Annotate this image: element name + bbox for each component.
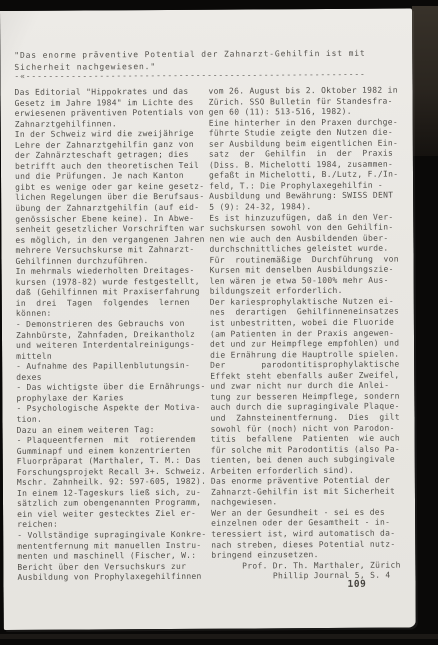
dashed-divider: -«--------------------------------------… — [14, 69, 365, 83]
page-number: 109 — [347, 579, 366, 590]
scan-backdrop: "Das enorme präventive Potential der Zah… — [0, 0, 438, 645]
right-text-column: vom 26. August bis 2. Oktober 1982 in Zü… — [208, 86, 409, 583]
left-text-column: Das Editorial "Hippokrates und das Geset… — [14, 87, 210, 584]
journal-page: "Das enorme präventive Potential der Zah… — [0, 8, 416, 630]
book-edge-shadow — [412, 6, 438, 156]
scanner-bed-streak — [0, 634, 438, 639]
